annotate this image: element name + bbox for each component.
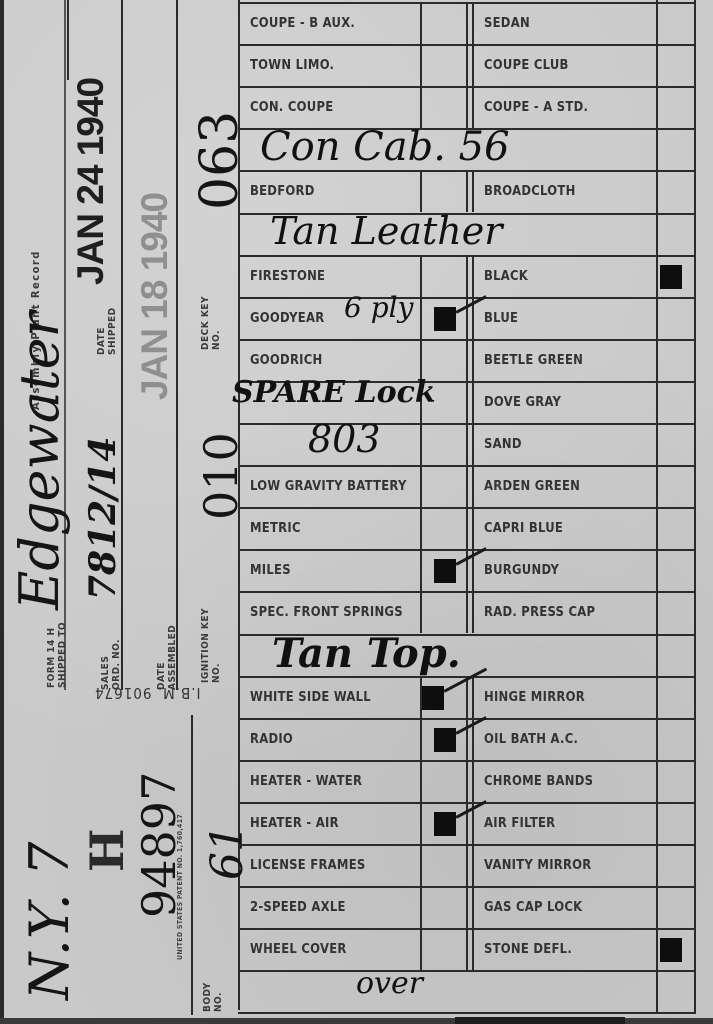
option-label: AIR FILTER xyxy=(484,815,555,831)
option-label: BROADCLOTH xyxy=(484,183,576,199)
location-note: N.Y. 7 xyxy=(18,842,81,1000)
shipped-to-value: Edgewater xyxy=(8,312,71,610)
option-checkbox[interactable] xyxy=(658,804,694,844)
option-label: COUPE - A STD. xyxy=(484,99,588,115)
option-label: CAPRI BLUE xyxy=(484,520,563,536)
form-label: FORM 14 HSHIPPED TO xyxy=(46,622,68,688)
options-grid: COUPE - B AUX.SEDANTOWN LIMO.COUPE CLUBC… xyxy=(244,0,696,1010)
option-label: STONE DEFL. xyxy=(484,941,572,957)
date-shipped-strike xyxy=(67,0,69,80)
option-checkbox[interactable] xyxy=(422,467,466,507)
grid-rule-right-check xyxy=(656,213,658,255)
option-label: BEETLE GREEN xyxy=(484,352,583,368)
option-checkbox[interactable] xyxy=(422,888,466,928)
option-checkbox[interactable] xyxy=(422,846,466,886)
handwritten-note: SPARE Lock xyxy=(232,375,436,410)
option-label: VANITY MIRROR xyxy=(484,857,592,873)
option-label: LOW GRAVITY BATTERY xyxy=(250,478,407,494)
grid-row-rule xyxy=(238,1012,696,1014)
serial-number: 94897 xyxy=(132,772,186,918)
date-shipped-stamp: JAN 24 1940 xyxy=(70,78,112,285)
ibm-number: I.B.M. 901674 xyxy=(94,684,201,702)
option-checkbox[interactable] xyxy=(422,593,466,633)
option-checkbox[interactable] xyxy=(658,678,694,718)
check-mark xyxy=(434,559,456,583)
option-checkbox[interactable] xyxy=(422,4,466,44)
option-label: BURGUNDY xyxy=(484,562,559,578)
sales-ord-value: 7812/14 xyxy=(82,437,124,600)
option-checkbox[interactable] xyxy=(658,888,694,928)
deck-key-value: 063 xyxy=(190,111,250,210)
left-rule-3 xyxy=(176,0,178,690)
option-checkbox[interactable] xyxy=(658,4,694,44)
handwritten-entry: over xyxy=(356,966,423,1001)
option-label: GOODYEAR xyxy=(250,310,324,326)
option-label: HEATER - AIR xyxy=(250,815,339,831)
left-rule-4 xyxy=(191,715,193,1015)
option-checkbox[interactable] xyxy=(422,46,466,86)
option-checkbox[interactable] xyxy=(422,762,466,802)
serial-letter: H xyxy=(80,829,134,872)
option-label: CON. COUPE xyxy=(250,99,333,115)
option-checkbox[interactable] xyxy=(422,383,466,423)
option-checkbox[interactable] xyxy=(658,341,694,381)
assembly-record-card: FORM 14 HSHIPPED TO Assembly Plant Recor… xyxy=(4,0,713,1018)
option-label: WHEEL COVER xyxy=(250,941,347,957)
option-checkbox[interactable] xyxy=(658,762,694,802)
date-shipped-label: DATE SHIPPED xyxy=(96,285,118,355)
card-tab xyxy=(455,1017,625,1024)
option-label: RAD. PRESS CAP xyxy=(484,604,595,620)
option-label: ARDEN GREEN xyxy=(484,478,580,494)
option-checkbox[interactable] xyxy=(658,88,694,128)
option-label: FIRESTONE xyxy=(250,268,325,284)
option-label: HINGE MIRROR xyxy=(484,689,585,705)
option-checkbox[interactable] xyxy=(422,425,466,465)
body-no-label: BODY NO. xyxy=(202,972,224,1012)
date-assembled-label: DATE ASSEMBLED xyxy=(156,600,178,690)
option-checkbox[interactable] xyxy=(658,467,694,507)
option-checkbox[interactable] xyxy=(422,257,466,297)
option-label: COUPE CLUB xyxy=(484,57,569,73)
option-checkbox[interactable] xyxy=(658,846,694,886)
grid-row: CON. COUPECOUPE - A STD. xyxy=(244,86,696,128)
handwritten-entry: Tan Leather xyxy=(270,209,502,253)
handwritten-entry: Con Cab. 56 xyxy=(260,124,510,170)
option-label: CHROME BANDS xyxy=(484,773,593,789)
grid-row-rule xyxy=(238,970,696,972)
option-label: DOVE GRAY xyxy=(484,394,561,410)
grid-row: WHITE SIDE WALLHINGE MIRROR xyxy=(244,676,696,718)
option-label: WHITE SIDE WALL xyxy=(250,689,371,705)
option-checkbox[interactable] xyxy=(658,46,694,86)
check-mark xyxy=(660,938,682,962)
option-checkbox[interactable] xyxy=(422,88,466,128)
check-mark xyxy=(434,307,456,331)
ignition-key-label: IGNITION KEY NO. xyxy=(200,593,222,683)
option-checkbox[interactable] xyxy=(422,509,466,549)
grid-row: 803SAND xyxy=(244,423,696,465)
grid-rule-right-check xyxy=(656,128,658,170)
check-mark xyxy=(660,265,682,289)
option-label: LICENSE FRAMES xyxy=(250,857,366,873)
sales-ord-label: SALES ORD. NO. xyxy=(100,630,122,690)
grid-row: TOWN LIMO.COUPE CLUB xyxy=(244,44,696,86)
option-label: METRIC xyxy=(250,520,301,536)
option-label: SEDAN xyxy=(484,15,530,31)
grid-rule-right-check xyxy=(656,970,658,1012)
handwritten-note: 6 ply xyxy=(344,291,413,324)
option-label: COUPE - B AUX. xyxy=(250,15,355,31)
option-label: MILES xyxy=(250,562,291,578)
option-label: SAND xyxy=(484,436,522,452)
option-checkbox[interactable] xyxy=(422,172,466,212)
option-checkbox[interactable] xyxy=(658,299,694,339)
option-label: OIL BATH A.C. xyxy=(484,731,578,747)
option-label: GOODRICH xyxy=(250,352,322,368)
grid-row: METRICCAPRI BLUE xyxy=(244,507,696,549)
option-checkbox[interactable] xyxy=(658,425,694,465)
option-label: 2-SPEED AXLE xyxy=(250,899,346,915)
grid-row: LOW GRAVITY BATTERYARDEN GREEN xyxy=(244,465,696,507)
handwritten-note: 803 xyxy=(308,417,381,461)
option-checkbox[interactable] xyxy=(658,172,694,212)
check-mark xyxy=(422,686,444,710)
option-label: BLACK xyxy=(484,268,528,284)
date-assembled-stamp: JAN 18 1940 xyxy=(134,193,176,400)
grid-rule-right-check xyxy=(656,634,658,676)
option-checkbox[interactable] xyxy=(658,551,694,591)
option-label: SPEC. FRONT SPRINGS xyxy=(250,604,403,620)
grid-row: 2-SPEED AXLEGAS CAP LOCK xyxy=(244,886,696,928)
grid-row: HEATER - WATERCHROME BANDS xyxy=(244,760,696,802)
option-label: GAS CAP LOCK xyxy=(484,899,582,915)
option-checkbox[interactable] xyxy=(422,930,466,970)
option-label: BLUE xyxy=(484,310,518,326)
option-checkbox[interactable] xyxy=(658,509,694,549)
grid-row: LICENSE FRAMESVANITY MIRROR xyxy=(244,844,696,886)
option-checkbox[interactable] xyxy=(658,593,694,633)
grid-row: FIRESTONEBLACK xyxy=(244,255,696,297)
grid-row: SPEC. FRONT SPRINGSRAD. PRESS CAP xyxy=(244,591,696,633)
deck-key-label: DECK KEY NO. xyxy=(200,290,222,350)
option-label: TOWN LIMO. xyxy=(250,57,334,73)
grid-row: COUPE - B AUX.SEDAN xyxy=(244,2,696,44)
option-label: BEDFORD xyxy=(250,183,315,199)
option-label: RADIO xyxy=(250,731,293,747)
grid-row: BEDFORDBROADCLOTH xyxy=(244,170,696,212)
option-checkbox[interactable] xyxy=(658,720,694,760)
option-checkbox[interactable] xyxy=(658,383,694,423)
option-label: HEATER - WATER xyxy=(250,773,362,789)
check-mark xyxy=(434,728,456,752)
grid-row: WHEEL COVERSTONE DEFL. xyxy=(244,928,696,970)
handwritten-entry: Tan Top. xyxy=(272,630,461,677)
check-mark xyxy=(434,812,456,836)
